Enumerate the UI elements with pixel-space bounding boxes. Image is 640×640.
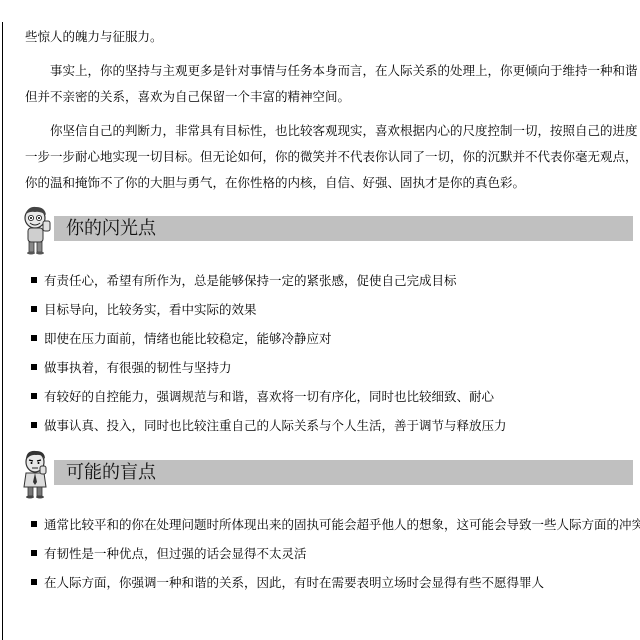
square-bullet-icon [31,393,37,399]
list-item: 有较好的自控能力，强调规范与和谐，喜欢将一切有序化，同时也比较细致、耐心 [0,382,640,411]
square-bullet-icon [31,521,37,527]
section-title-bar: 可能的盲点 [54,460,633,485]
paragraph-judgment: 你坚信自己的判断力，非常具有目标性，也比较客观现实，喜欢根据内心的尺度控制一切，… [25,118,630,196]
list-item: 在人际方面，你强调一种和谐的关系，因此，有时在需要表明立场时会显得有些不愿得罪人 [0,568,640,597]
square-bullet-icon [31,550,37,556]
list-item: 有韧性是一种优点，但过强的话会显得不太灵活 [0,539,640,568]
list-item: 做事执着，有很强的韧性与坚持力 [0,353,640,382]
section-heading-blind-spots: 可能的盲点 [14,449,634,497]
list-item: 目标导向，比较务实，看中实际的效果 [0,295,640,324]
section-title: 可能的盲点 [66,460,156,485]
paragraph-line: 一步一步耐心地实现一切目标。但无论如何，你的微笑并不代表你认同了一切，你的沉默并… [25,144,630,170]
paragraph-line: 你坚信自己的判断力，非常具有目标性，也比较客观现实，喜欢根据内心的尺度控制一切，… [25,118,630,144]
square-bullet-icon [31,422,37,428]
blind-spots-list: 通常比较平和的你在处理问题时所体现出来的固执可能会超乎他人的想象，这可能会导致一… [0,510,640,597]
intro-tail-paragraph: 些惊人的魄力与征服力。 [25,24,630,50]
paragraph-line: 事实上，你的坚持与主观更多是针对事情与任务本身而言，在人际关系的处理上，你更倾向… [25,58,630,84]
list-item: 有责任心，希望有所作为，总是能够保持一定的紧张感，促使自己完成目标 [0,266,640,295]
thumbs-up-boy-mascot-icon [18,205,56,255]
square-bullet-icon [31,277,37,283]
square-bullet-icon [31,579,37,585]
list-item: 通常比较平和的你在处理问题时所体现出来的固执可能会超乎他人的想象，这可能会导致一… [0,510,640,539]
paragraph-line: 你的温和掩饰不了你的大胆与勇气，在你性格的内核，自信、好强、固执才是你的真色彩。 [25,170,630,196]
section-heading-strengths: 你的闪光点 [14,205,634,253]
paragraph-line: 但并不亲密的关系，喜欢为自己保留一个丰富的精神空间。 [25,84,630,110]
thinking-man-mascot-icon [18,449,56,499]
square-bullet-icon [31,364,37,370]
paragraph-line: 些惊人的魄力与征服力。 [25,24,630,50]
strengths-list: 有责任心，希望有所作为，总是能够保持一定的紧张感，促使自己完成目标 目标导向，比… [0,266,640,440]
list-item: 做事认真、投入，同时也比较注重自己的人际关系与个人生活，善于调节与释放压力 [0,411,640,440]
square-bullet-icon [31,306,37,312]
section-title: 你的闪光点 [66,216,156,241]
list-item: 即使在压力面前，情绪也能比较稳定，能够冷静应对 [0,324,640,353]
square-bullet-icon [31,335,37,341]
paragraph-relationships: 事实上，你的坚持与主观更多是针对事情与任务本身而言，在人际关系的处理上，你更倾向… [25,58,630,110]
section-title-bar: 你的闪光点 [54,216,633,241]
